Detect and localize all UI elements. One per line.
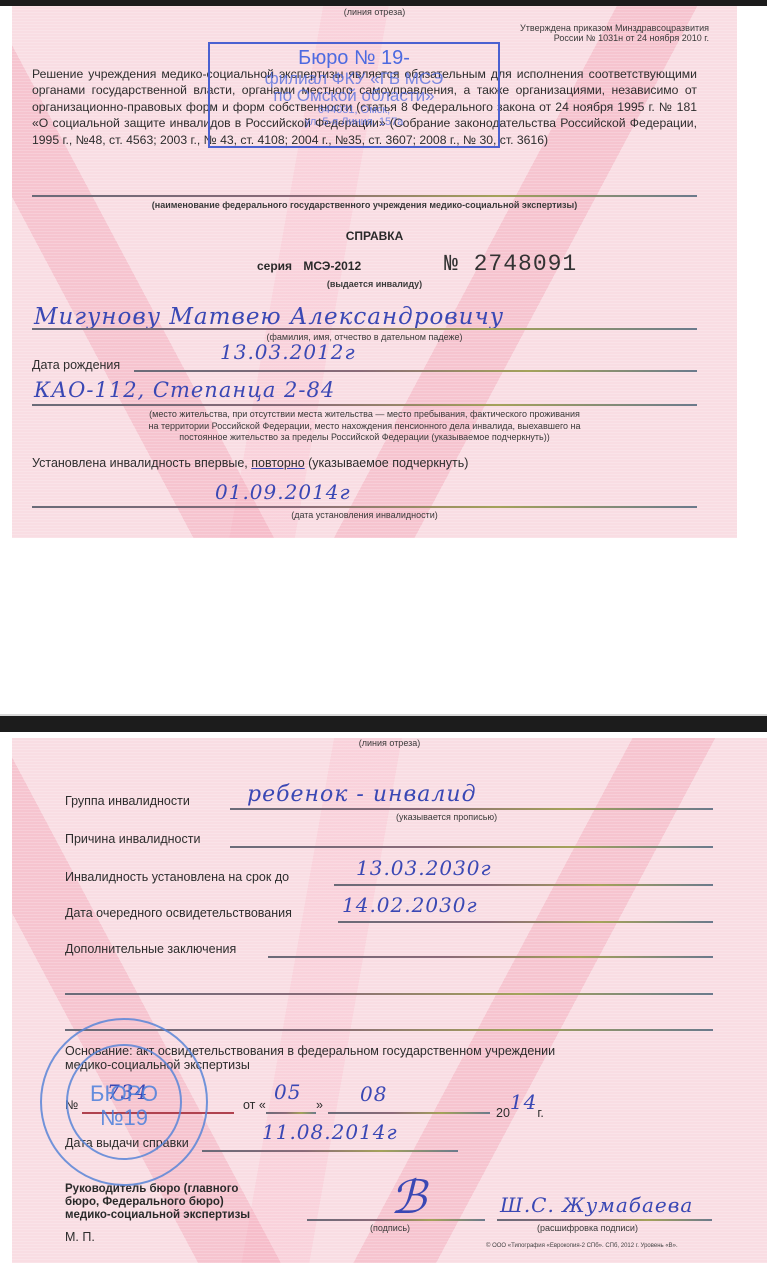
head-label: Руководитель бюро (главного бюро, Федера… [65, 1183, 250, 1222]
round-stamp: БЮРО №19 [40, 1018, 208, 1186]
address-caption-2: на территории Российской Федерации, мест… [32, 421, 697, 433]
established-date-caption: (дата установления инвалидности) [32, 510, 697, 520]
certificate-title: СПРАВКА [12, 229, 737, 243]
act-quote-close: » [316, 1098, 323, 1112]
established-date-value: 01.09.2014г [215, 480, 351, 504]
cut-line-label: (линия отреза) [12, 738, 767, 748]
additional-label: Дополнительные заключения [65, 942, 236, 956]
signature-decode-line [497, 1219, 712, 1221]
term-label: Инвалидность установлена на срок до [65, 870, 289, 884]
round-stamp-line-2: №19 [42, 1106, 206, 1130]
act-from-label: от « [243, 1098, 266, 1112]
address-caption-3: постоянное жительство за пределы Российс… [32, 432, 697, 444]
certificate-page-2: (линия отреза) Группа инвалидности ребен… [12, 738, 767, 1263]
series-value: МСЭ-2012 [303, 259, 361, 273]
established-date-line [32, 506, 697, 508]
address-value: КАО-112, Степанца 2-84 [34, 378, 335, 402]
certificate-page-1: (линия отреза) Утверждена приказом Минзд… [12, 6, 737, 538]
stamp-line-5: ул. 5-я Линия, 157а [210, 116, 498, 128]
signature-mark: ℬ [390, 1170, 426, 1224]
signature-decode-caption: (расшифровка подписи) [537, 1223, 638, 1233]
round-stamp-center: БЮРО №19 [42, 1082, 206, 1130]
approval-note: Утверждена приказом Минздравсоцразвития … [520, 23, 709, 43]
next-exam-line [338, 921, 713, 923]
series: серия МСЭ-2012 [257, 259, 361, 273]
next-exam-label: Дата очередного освидетельствования [65, 906, 292, 920]
certificate-number: № 2748091 [444, 251, 577, 277]
group-label: Группа инвалидности [65, 794, 190, 808]
cause-line [230, 846, 713, 848]
stamp-line-1: Бюро № 19- [210, 47, 498, 70]
institution-caption: (наименование федерального государственн… [32, 200, 697, 210]
approval-line-1: Утверждена приказом Минздравсоцразвития [520, 23, 709, 33]
institution-line [32, 195, 697, 197]
rectangular-stamp: Бюро № 19- филиал ФКУ «ГБ МСЭ по Омской … [208, 42, 500, 148]
next-exam-value: 14.02.2030г [342, 893, 478, 917]
act-year: 2014г. [496, 1098, 544, 1122]
birth-date-line [134, 370, 697, 372]
additional-line-2 [65, 993, 713, 995]
act-year-suffix: г. [537, 1106, 544, 1120]
group-line [230, 808, 713, 810]
address-line [32, 404, 697, 406]
stamp-line-3: по Омской области» [210, 87, 498, 104]
group-value: ребенок - инвалид [247, 782, 477, 807]
issue-date-value: 11.08.2014г [262, 1120, 398, 1144]
act-day-value: 05 [274, 1080, 301, 1104]
address-caption: (место жительства, при отсутствии места … [32, 409, 697, 444]
established-prefix: Установлена инвалидность впервые, [32, 456, 251, 470]
issued-to-caption: (выдается инвалиду) [12, 279, 737, 289]
birth-date-value: 13.03.2012г [220, 340, 356, 364]
full-name-value: Мигунову Матвею Александровичу [34, 304, 504, 330]
act-year-value: 14 [510, 1090, 537, 1114]
printer-imprint: © ООО «Типография «Еврокопия-2 СПб». СПб… [486, 1243, 678, 1249]
issue-date-line [202, 1150, 458, 1152]
stamp-line-4: 644031, Омск, [210, 104, 498, 116]
established-repeat-underlined: повторно [251, 456, 304, 470]
term-line [334, 884, 713, 886]
group-caption: (указывается прописью) [396, 812, 497, 822]
cause-label: Причина инвалидности [65, 832, 200, 846]
established-suffix: (указываемое подчеркнуть) [305, 456, 469, 470]
signature-decode-value: Ш.С. Жумабаева [500, 1193, 693, 1217]
series-label: серия [257, 259, 292, 273]
page-separator [0, 714, 767, 732]
approval-line-2: России № 1031н от 24 ноября 2010 г. [520, 33, 709, 43]
full-name-caption: (фамилия, имя, отчество в дательном паде… [32, 332, 697, 342]
stamp-line-2: филиал ФКУ «ГБ МСЭ [210, 70, 498, 87]
act-year-prefix: 20 [496, 1106, 510, 1120]
head-label-3: медико-социальной экспертизы [65, 1209, 250, 1222]
act-month-value: 08 [360, 1082, 387, 1106]
act-day-line [266, 1112, 316, 1114]
additional-line-1 [268, 956, 713, 958]
head-label-2: бюро, Федерального бюро) [65, 1196, 250, 1209]
full-name-line [32, 328, 697, 330]
cut-line-label: (линия отреза) [12, 7, 737, 17]
seal-label: М. П. [65, 1230, 95, 1244]
act-month-line [328, 1112, 490, 1114]
address-caption-1: (место жительства, при отсутствии места … [32, 409, 697, 421]
disability-established-line: Установлена инвалидность впервые, повтор… [32, 456, 468, 470]
signature-caption: (подпись) [370, 1223, 410, 1233]
round-stamp-line-1: БЮРО [42, 1082, 206, 1106]
birth-date-label: Дата рождения [32, 358, 120, 372]
term-value: 13.03.2030г [356, 856, 492, 880]
head-label-1: Руководитель бюро (главного [65, 1183, 250, 1196]
